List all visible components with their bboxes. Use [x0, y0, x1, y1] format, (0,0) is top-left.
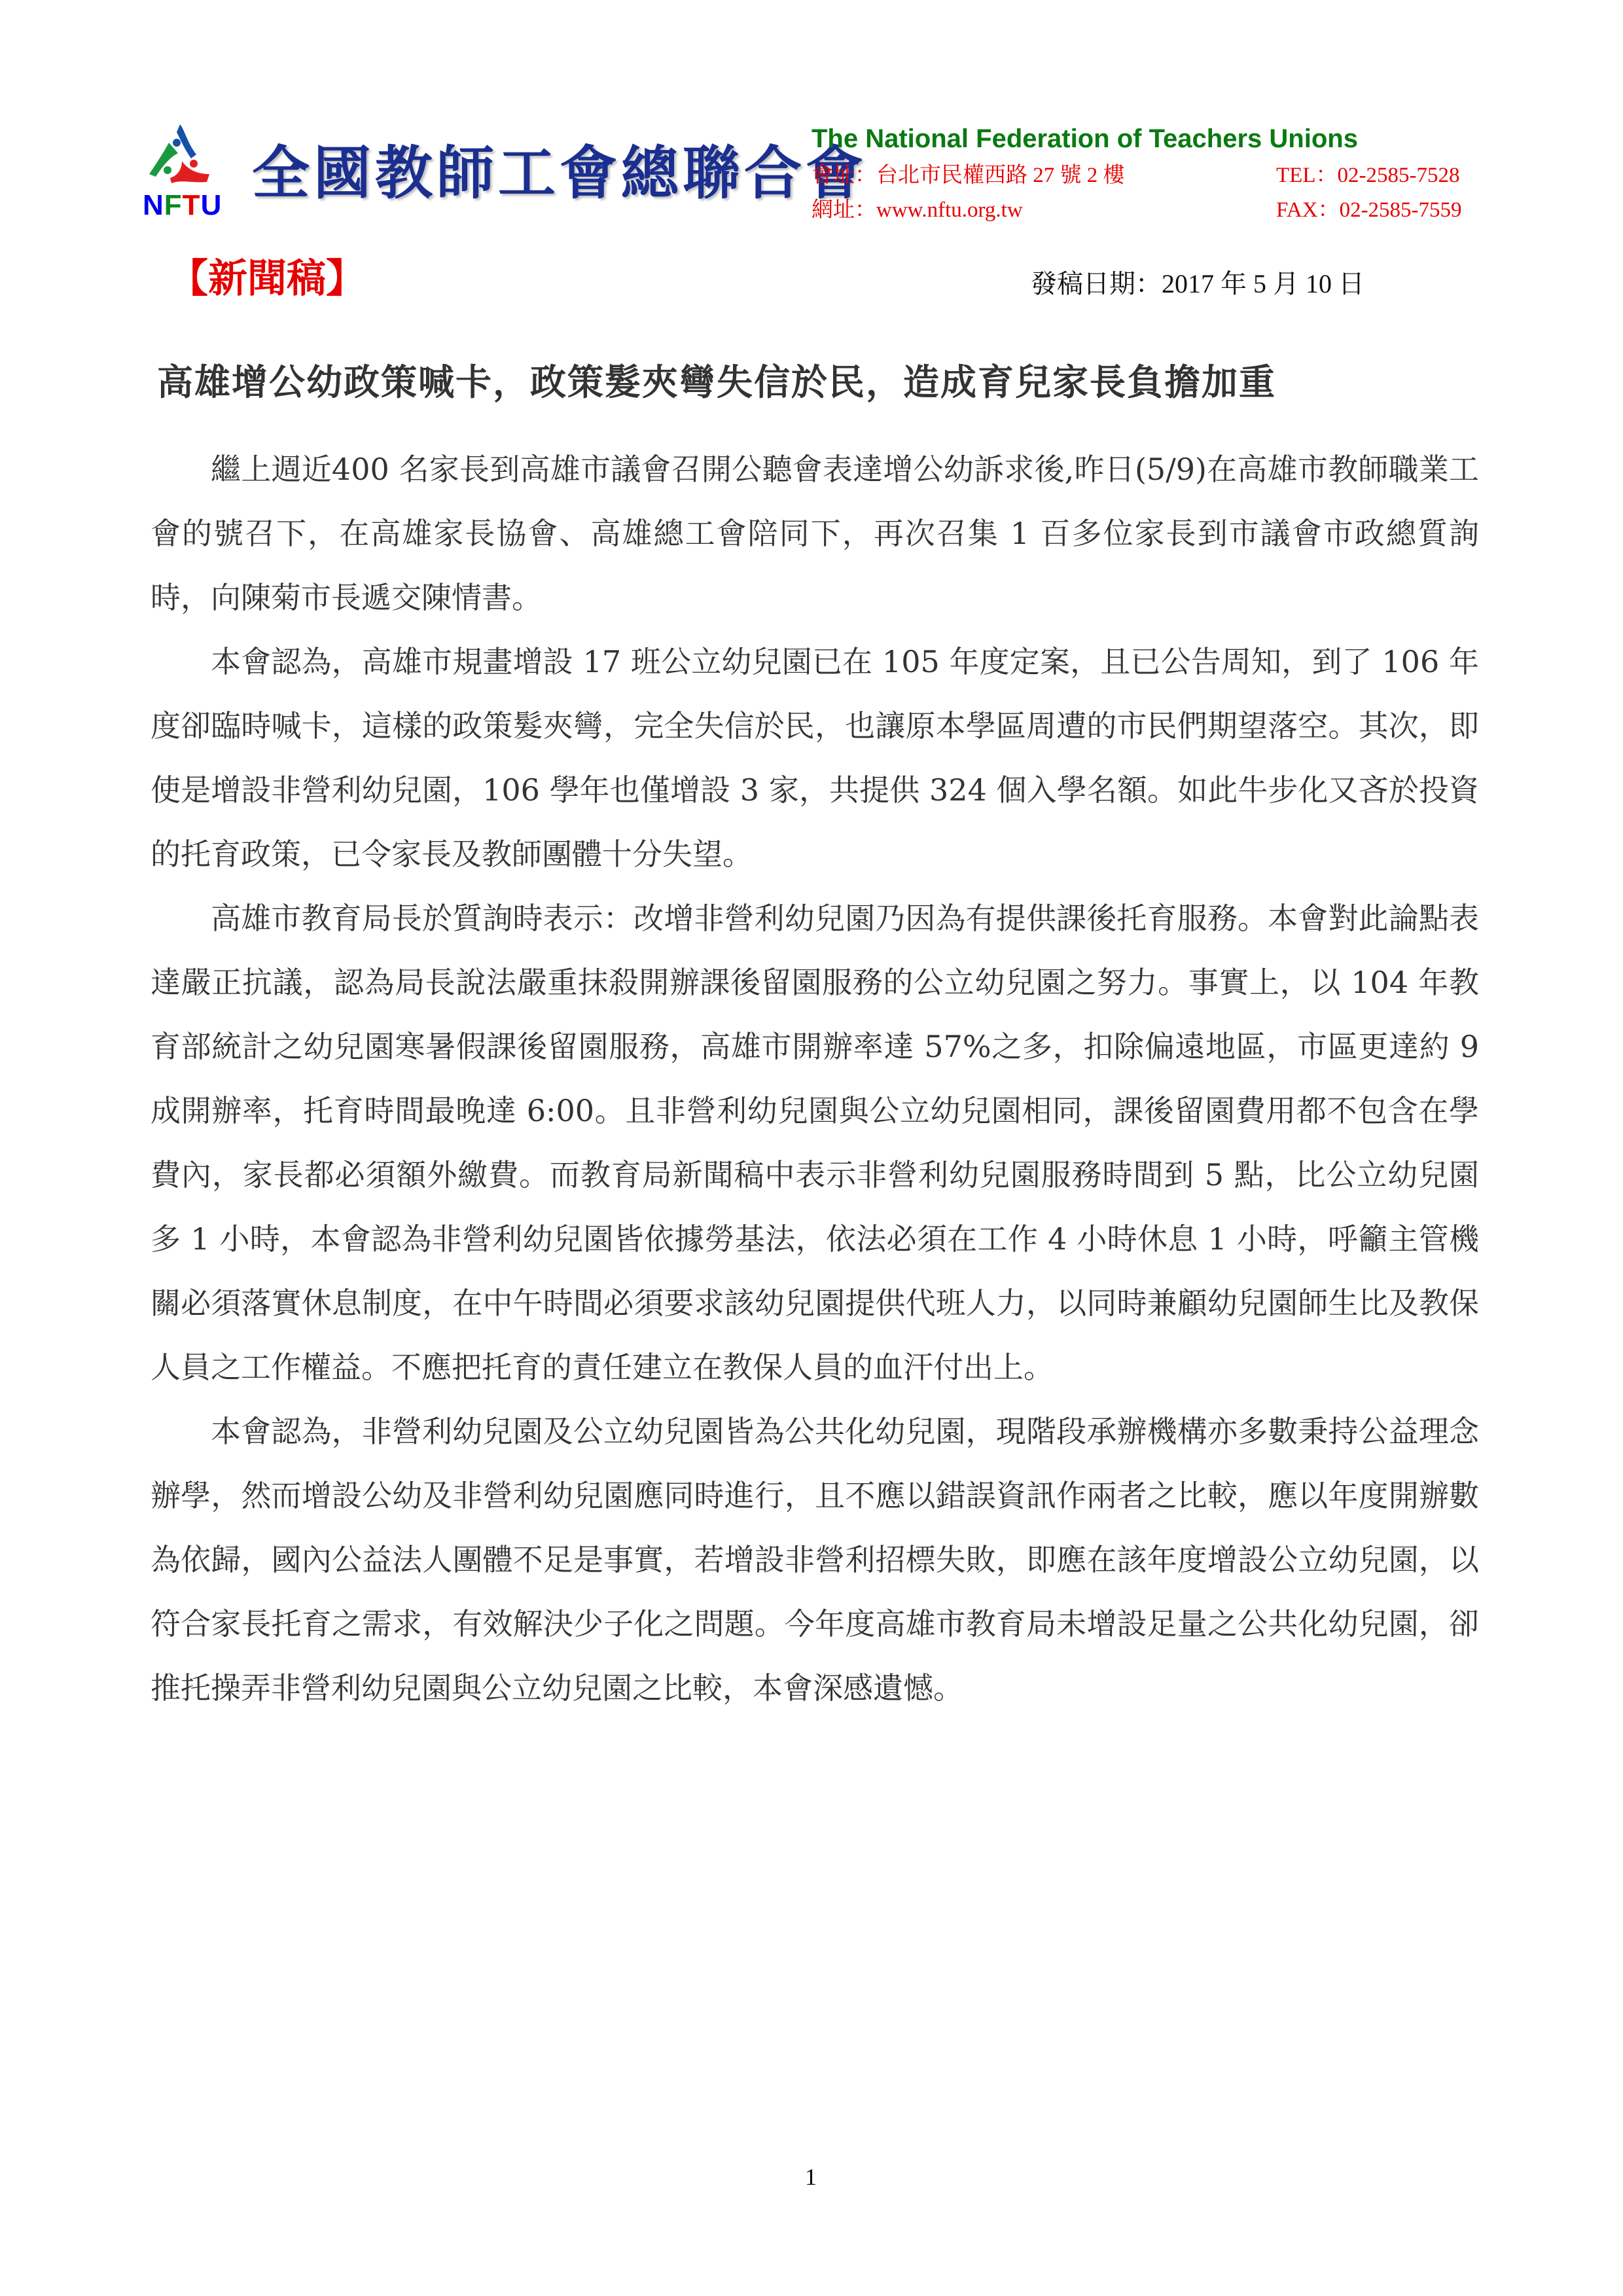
press-release-tag: 【新聞稿】 [169, 247, 365, 304]
nftu-acronym: NFTU [143, 191, 222, 220]
org-name-english: The National Federation of Teachers Unio… [811, 124, 1492, 154]
website-link[interactable]: 網址：www.nftu.org.tw [811, 192, 1023, 223]
paragraph: 繼上週近400 名家長到高雄市議會召開公聽會表達增公幼訴求後,昨日(5/9)在高… [151, 437, 1479, 630]
paragraph: 本會認為，高雄市規畫增設 17 班公立幼兒園已在 105 年度定案，且已公告周知… [151, 630, 1479, 886]
address: 會址：台北市民權西路 27 號 2 樓 [811, 158, 1125, 188]
contact-row-web: 網址：www.nftu.org.tw FAX：02-2585-7559 [811, 192, 1492, 223]
paragraph: 高雄市教育局長於質詢時表示：改增非營利幼兒園乃因為有提供課後托育服務。本會對此論… [151, 886, 1479, 1399]
contact-row-address: 會址：台北市民權西路 27 號 2 樓 TEL：02-2585-7528 [811, 158, 1492, 188]
paragraph: 本會認為，非營利幼兒園及公立幼兒園皆為公共化幼兒園，現階段承辦機構亦多數秉持公益… [151, 1399, 1479, 1720]
org-name-chinese: 全國教師工會總聯合會 [252, 128, 867, 210]
headline: 高雄增公幼政策喊卡，政策髮夾彎失信於民，造成育兒家長負擔加重 [157, 353, 1479, 405]
letterhead: NFTU 全國教師工會總聯合會 The National Federation … [137, 118, 1486, 229]
release-date: 發稿日期：2017 年 5 月 10 日 [1031, 263, 1364, 300]
contact-block: The National Federation of Teachers Unio… [811, 124, 1492, 223]
fax: FAX：02-2585-7559 [1276, 192, 1492, 223]
telephone: TEL：02-2585-7528 [1276, 158, 1492, 188]
page-number: 1 [805, 2163, 817, 2191]
press-release-body: 繼上週近400 名家長到高雄市議會召開公聽會表達增公幼訴求後,昨日(5/9)在高… [151, 437, 1479, 1720]
nftu-logo: NFTU [137, 118, 249, 226]
nftu-people-emblem-icon [144, 123, 216, 188]
